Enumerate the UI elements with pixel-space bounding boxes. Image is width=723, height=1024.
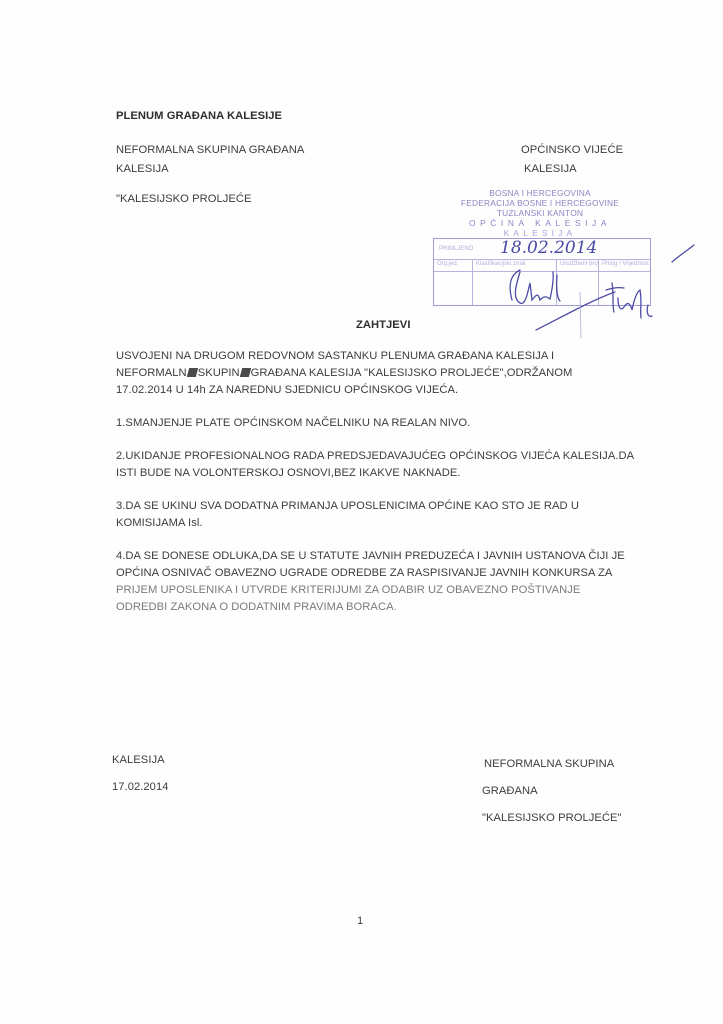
footer-signature-line-1: NEFORMALNA SKUPINA: [484, 757, 614, 771]
document-page: PLENUM GRAĐANA KALESIJE NEFORMALNA SKUPI…: [0, 0, 723, 1024]
document-title: ZAHTJEVI: [356, 318, 410, 332]
footer-date: 17.02.2014: [112, 780, 169, 794]
page-number: 1: [357, 914, 363, 928]
footer-signature-line-3: "KALESIJSKO PROLJEĆE": [482, 811, 622, 825]
correction-mark-icon: [239, 368, 250, 377]
intro-line-1: USVOJENI NA DRUGOM REDOVNOM SASTANKU PLE…: [116, 349, 554, 363]
intro-line-2-part-3: GRAĐANA KALESIJA "KALESIJSKO PROLJEĆE",O…: [251, 367, 573, 379]
intro-line-2-part-1: NEFORMALN: [116, 367, 187, 379]
demand-4-line-2: OPĆINA OSNIVAČ OBAVEZNO UGRADE ODREDBE Z…: [116, 566, 612, 580]
demand-1-line-1: 1.SMANJENJE PLATE OPĆINSKOM NAČELNIKU NA…: [116, 416, 470, 430]
demand-2-line-2: ISTI BUDE NA VOLONTERSKOJ OSNOVI,BEZ IKA…: [116, 466, 461, 480]
intro-line-3: 17.02.2014 U 14h ZA NAREDNU SJEDNICU OPĆ…: [116, 383, 458, 397]
demand-3-line-2: KOMISIJAMA Isl.: [116, 516, 203, 530]
intro-line-2-part-2: SKUPIN: [198, 367, 240, 379]
demand-2-line-1: 2.UKIDANJE PROFESIONALNOG RADA PREDSJEDA…: [116, 449, 634, 463]
intro-line-2: NEFORMALNSKUPINGRAĐANA KALESIJA "KALESIJ…: [116, 366, 572, 380]
demand-4-line-1: 4.DA SE DONESE ODLUKA,DA SE U STATUTE JA…: [116, 549, 625, 563]
footer-place: KALESIJA: [112, 753, 165, 767]
footer-signature-line-2: GRAĐANA: [482, 784, 538, 798]
correction-mark-icon: [186, 368, 197, 377]
demand-4-line-3: PRIJEM UPOSLENIKA I UTVRDE KRITERIJUMI Z…: [116, 583, 580, 597]
demand-3-line-1: 3.DA SE UKINU SVA DODATNA PRIMANJA UPOSL…: [116, 499, 579, 513]
demand-4-line-4: ODREDBI ZAKONA O DODATNIM PRAVIMA BORACA…: [116, 600, 397, 614]
